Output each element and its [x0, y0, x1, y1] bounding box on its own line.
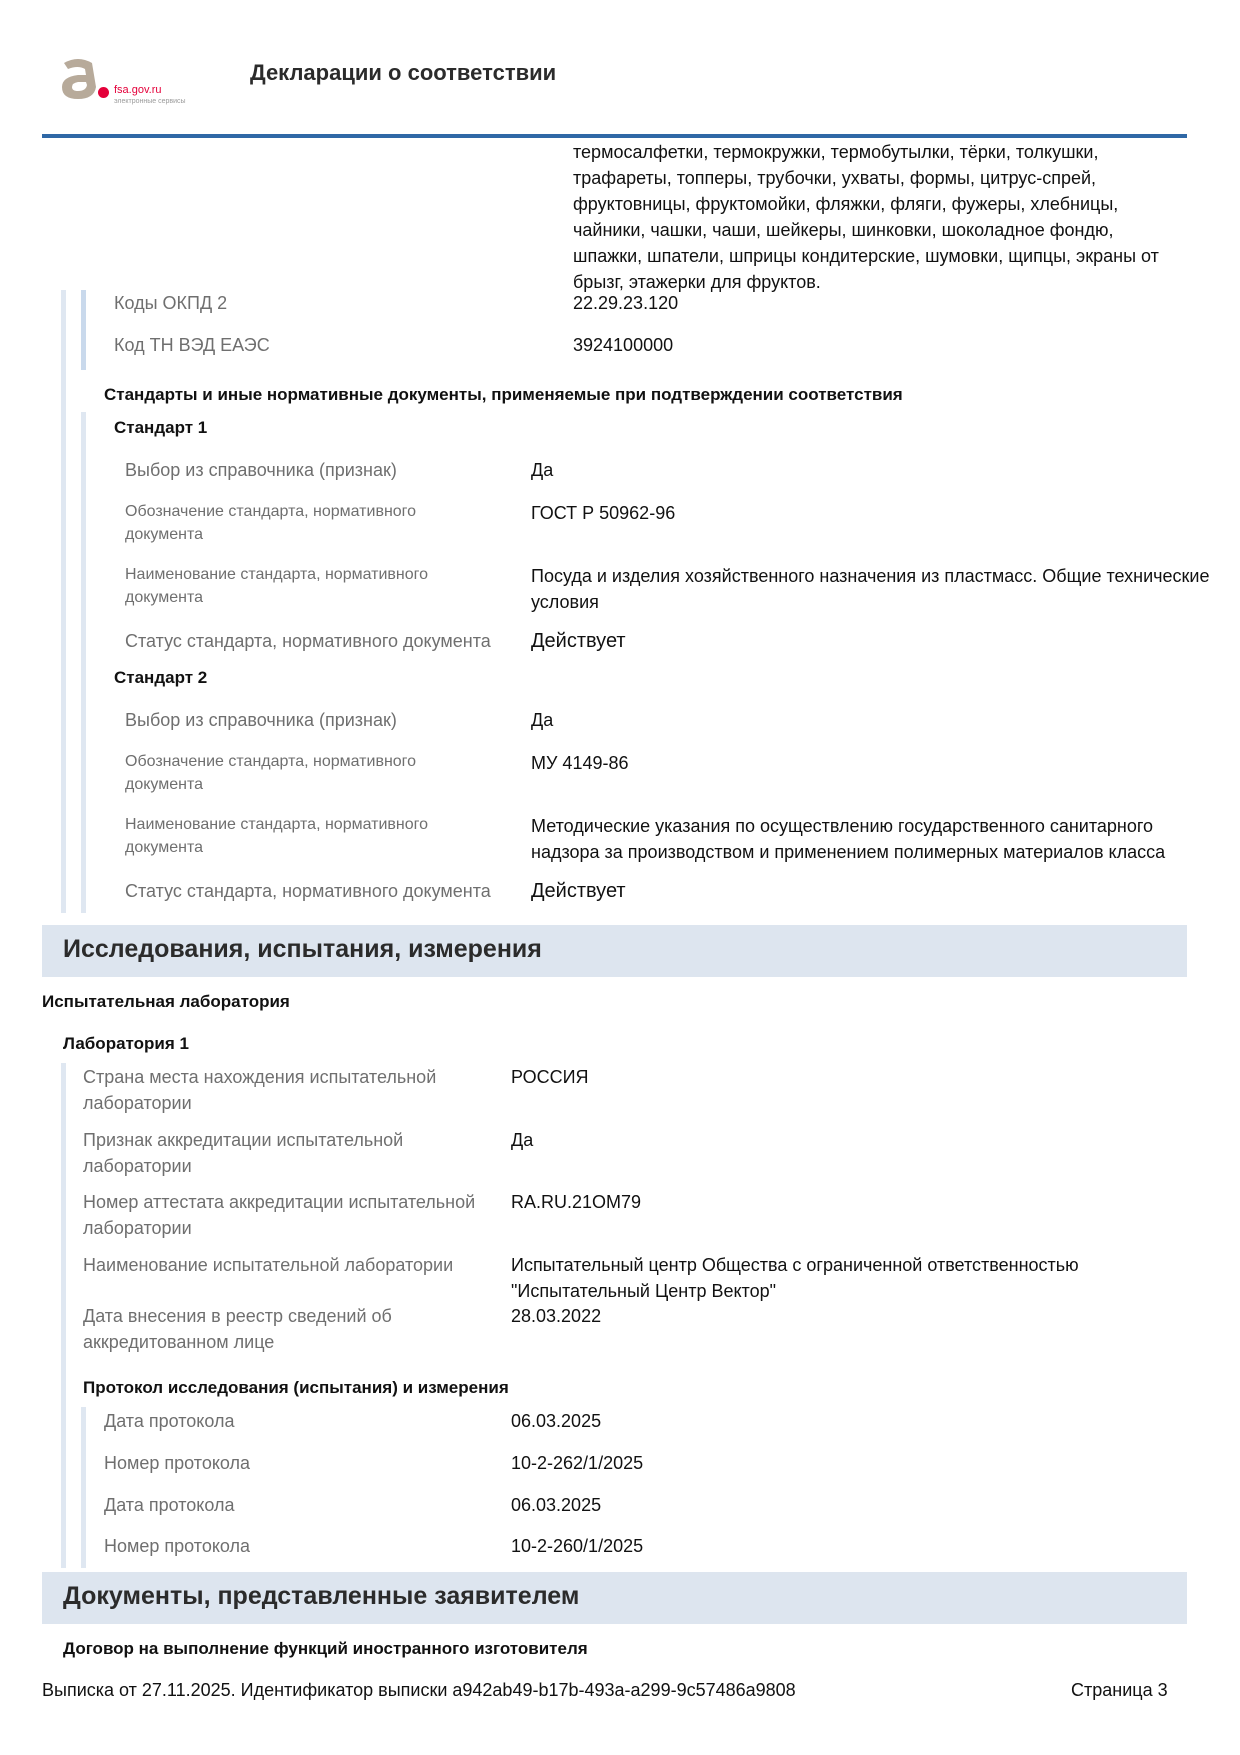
- logo-subtitle: электронные сервисы: [114, 98, 186, 105]
- protocol-date-label: Дата протокола: [104, 1492, 235, 1518]
- lab-name-value: Испытательный центр Общества с ограничен…: [511, 1252, 1151, 1304]
- nesting-bar-protocol: [81, 1407, 86, 1568]
- standard-1-name-value: Посуда и изделия хозяйственного назначен…: [531, 563, 1211, 615]
- standard-2-status-label: Статус стандарта, нормативного документа: [125, 878, 491, 904]
- standard-1-title: Стандарт 1: [114, 415, 207, 441]
- description-line: фруктовницы, фруктомойки, фляжки, фляги,…: [573, 191, 1213, 217]
- description-line: термосалфетки, термокружки, термобутылки…: [573, 139, 1213, 165]
- standard-1-name-label: Наименование стандарта, нормативного док…: [125, 563, 465, 609]
- standard-1-choice-value: Да: [531, 457, 553, 483]
- standard-2-status-value: Действует: [531, 878, 626, 904]
- standards-heading: Стандарты и иные нормативные документы, …: [104, 382, 903, 408]
- logo-site-text: fsa.gov.ru: [114, 84, 162, 96]
- description-line: трафареты, топперы, трубочки, ухваты, фо…: [573, 165, 1213, 191]
- standard-1-status-label: Статус стандарта, нормативного документа: [125, 628, 491, 654]
- fsa-a-logo-icon: [58, 57, 100, 101]
- section-documents: Документы, представленные заявителем: [42, 1572, 1187, 1624]
- lab-1-title: Лаборатория 1: [63, 1031, 189, 1057]
- standard-2-name-label: Наименование стандарта, нормативного док…: [125, 813, 465, 859]
- section-research-title: Исследования, испытания, измерения: [63, 935, 542, 964]
- header-divider: [42, 134, 1187, 138]
- standard-2-name-value: Методические указания по осуществлению г…: [531, 813, 1221, 865]
- lab-name-label: Наименование испытательной лаборатории: [83, 1252, 503, 1278]
- standard-1-code-label: Обозначение стандарта, нормативного доку…: [125, 500, 465, 546]
- page-title: Декларации о соответствии: [250, 60, 556, 86]
- protocol-date-value: 06.03.2025: [511, 1492, 601, 1518]
- section-research: Исследования, испытания, измерения: [42, 925, 1187, 977]
- okpd-value: 22.29.23.120: [573, 290, 678, 316]
- footer-extract-id: Выписка от 27.11.2025. Идентификатор вып…: [42, 1680, 796, 1701]
- nesting-bar-standards: [81, 412, 86, 913]
- protocol-date-label: Дата протокола: [104, 1408, 235, 1434]
- footer-page-number: Страница 3: [1071, 1680, 1168, 1701]
- standard-1-code-value: ГОСТ Р 50962-96: [531, 500, 675, 526]
- description-line: чайники, чашки, чаши, шейкеры, шинковки,…: [573, 217, 1213, 243]
- lab-registry-date-label: Дата внесения в реестр сведений об аккре…: [83, 1303, 463, 1355]
- lab-country-value: РОССИЯ: [511, 1064, 589, 1090]
- standard-2-title: Стандарт 2: [114, 665, 207, 691]
- standard-1-choice-label: Выбор из справочника (признак): [125, 457, 397, 483]
- section-documents-title: Документы, представленные заявителем: [63, 1582, 579, 1611]
- standard-1-status-value: Действует: [531, 628, 626, 654]
- lab-accreditation-label: Признак аккредитации испытательной лабор…: [83, 1127, 483, 1179]
- okpd-label: Коды ОКПД 2: [114, 290, 227, 316]
- protocol-number-label: Номер протокола: [104, 1450, 250, 1476]
- tnved-label: Код ТН ВЭД ЕАЭС: [114, 332, 270, 358]
- protocol-date-value: 06.03.2025: [511, 1408, 601, 1434]
- logo-dot-icon: [98, 87, 109, 98]
- protocol-heading: Протокол исследования (испытания) и изме…: [83, 1375, 509, 1401]
- lab-registry-date-value: 28.03.2022: [511, 1303, 601, 1329]
- tnved-value: 3924100000: [573, 332, 673, 358]
- product-description: термосалфетки, термокружки, термобутылки…: [573, 139, 1213, 295]
- standard-2-code-label: Обозначение стандарта, нормативного доку…: [125, 750, 465, 796]
- lab-heading: Испытательная лаборатория: [42, 989, 290, 1015]
- standard-2-choice-label: Выбор из справочника (признак): [125, 707, 397, 733]
- nesting-bar-outer: [61, 290, 66, 913]
- nesting-bar-codes: [81, 290, 86, 370]
- lab-country-label: Страна места нахождения испытательной ла…: [83, 1064, 503, 1116]
- standard-2-choice-value: Да: [531, 707, 553, 733]
- lab-certificate-label: Номер аттестата аккредитации испытательн…: [83, 1189, 513, 1241]
- protocol-number-value: 10-2-260/1/2025: [511, 1533, 643, 1559]
- description-line: шпажки, шпатели, шприцы кондитерские, шу…: [573, 243, 1213, 269]
- fsa-logo: fsa.gov.ru электронные сервисы: [58, 57, 208, 113]
- protocol-number-label: Номер протокола: [104, 1533, 250, 1559]
- standard-2-code-value: МУ 4149-86: [531, 750, 629, 776]
- lab-accreditation-value: Да: [511, 1127, 533, 1153]
- protocol-number-value: 10-2-262/1/2025: [511, 1450, 643, 1476]
- contract-heading: Договор на выполнение функций иностранно…: [63, 1636, 588, 1662]
- lab-certificate-value: RA.RU.21OM79: [511, 1189, 641, 1215]
- nesting-bar-lab: [61, 1063, 66, 1568]
